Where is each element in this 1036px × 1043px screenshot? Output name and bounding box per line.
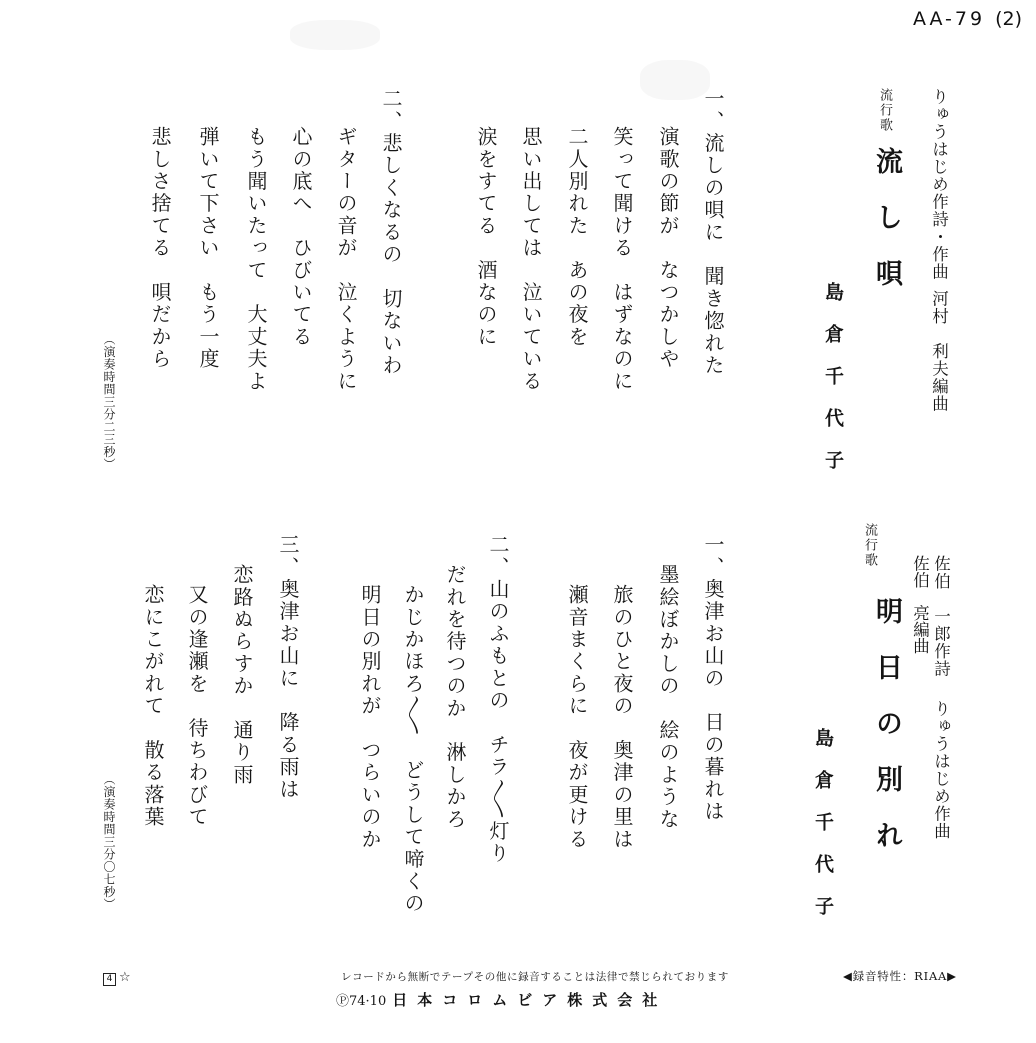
song1-genre: 流行歌 [878, 88, 891, 133]
phonogram-mark: Ⓟ74·10 [336, 994, 386, 1009]
song2-composer: りゅうはじめ作曲 [932, 700, 949, 840]
song2-performance-time: （演奏時間三分〇七秒） [103, 773, 115, 911]
song1-verse2-line2: ギターの音が 泣くように [336, 126, 356, 392]
song1-verse2-line5: 弾いて下さい もう一度 [198, 126, 218, 370]
song1-verse2-line4: もう聞いたって 大丈夫よ [246, 126, 266, 392]
star-icon: ☆ [119, 970, 131, 985]
company-name: 日本コロムビア株式会社 [392, 991, 667, 1009]
song2-verse3-line2: 恋路ぬらすか 通り雨 [232, 564, 252, 786]
scan-smudge [290, 20, 380, 50]
song2-verse1-line4: 瀬音まくらに 夜が更ける [567, 584, 587, 850]
side-number: (2) [995, 8, 1022, 30]
song2-verse1-line3: 旅のひと夜の 奥津の里は [612, 584, 632, 850]
song1-verse1-line6: 涙をすてる 酒なのに [476, 126, 496, 348]
publisher-line: Ⓟ74·10日本コロムビア株式会社 [336, 989, 667, 1010]
song2-verse3-line4: 恋にこがれて 散る落葉 [143, 584, 163, 828]
song2-lyricist: 佐伯 一郎作詩 [932, 555, 949, 678]
song2-verse2-line3: かじかほろ〳〵 どうして啼くの [403, 584, 423, 915]
song1-arranger: 河村 利夫編曲 [930, 290, 947, 413]
song1-verse1-line4: 二人別れた あの夜を [567, 126, 587, 348]
song1-lyricist-composer: りゅうはじめ作詩・作曲 [930, 88, 947, 281]
catalog-number: AA-79(2) [913, 8, 1022, 30]
song1-verse1-line3: 笑って聞ける はずなのに [612, 126, 632, 392]
song1-verse2-line3: 心の底へ ひびいてる [291, 126, 311, 348]
catalog-id: AA-79 [913, 8, 985, 30]
song1-verse1-line5: 思い出しては 泣いている [521, 126, 541, 392]
song2-genre: 流行歌 [863, 523, 876, 568]
song2-verse2-line4: 明日の別れが つらいのか [360, 584, 380, 850]
song2-verse1-line1: 一、奥津お山の 日の暮れは [703, 534, 723, 823]
catalog-mark-box: 4 [103, 973, 116, 986]
song1-verse2-line6: 悲しさ捨てる 唄だから [150, 126, 170, 370]
song1-artist: 島倉千代子 [823, 282, 842, 492]
song2-verse2-line2: だれを待つのか 淋しかろ [445, 564, 465, 830]
song2-verse2-line1: 二、山のふもとの チラ〳〵灯り [488, 534, 508, 865]
song1-title: 流し唄 [873, 147, 900, 315]
song1-verse1-line1: 一、流しの唄に 聞き惚れた [703, 88, 723, 377]
scan-smudge [640, 60, 710, 100]
song1-verse2-line1: 二、悲しくなるの 切ないわ [381, 88, 401, 377]
song2-verse1-line2: 墨絵ぼかしの 絵のような [658, 564, 678, 830]
copyright-warning: レコードから無断でテープその他に録音することは法律で禁じられております [320, 969, 750, 984]
song2-verse3-line1: 三、奥津お山に 降る雨は [278, 534, 298, 800]
song1-verse1-line2: 演歌の節が なつかしや [658, 126, 678, 370]
song2-title: 明日の別れ [873, 597, 900, 877]
song2-verse3-line3: 又の逢瀬を 待ちわびて [187, 584, 207, 828]
song2-arranger: 佐伯 亮編曲 [911, 555, 928, 654]
song2-artist: 島倉千代子 [813, 728, 832, 938]
song1-performance-time: （演奏時間三分二三秒） [103, 333, 115, 471]
recording-characteristic: ◀録音特性：RIAA▶ [843, 968, 957, 984]
